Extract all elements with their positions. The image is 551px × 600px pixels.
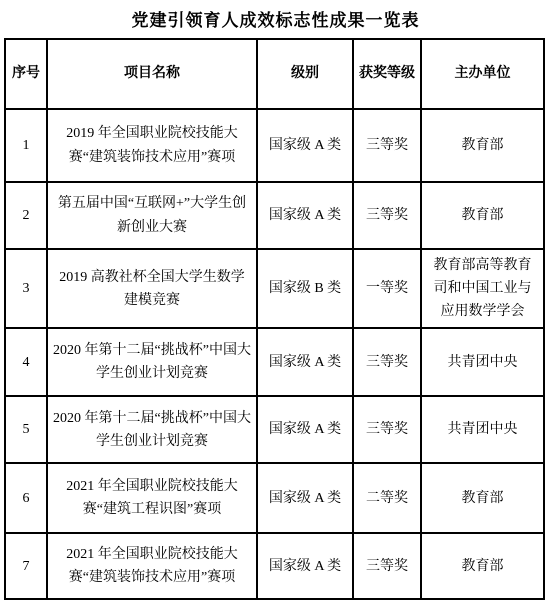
table-row: 4 2020 年第十二届“挑战杯”中国大学生创业计划竞赛 国家级 A 类 三等奖…	[5, 328, 544, 396]
table-row: 6 2021 年全国职业院校技能大赛“建筑工程识图”赛项 国家级 A 类 二等奖…	[5, 463, 544, 533]
cell-level: 国家级 A 类	[257, 328, 353, 396]
cell-serial-number: 3	[5, 249, 47, 328]
cell-project-name: 2020 年第十二届“挑战杯”中国大学生创业计划竞赛	[47, 396, 257, 463]
cell-award-grade: 一等奖	[353, 249, 421, 328]
cell-serial-number: 6	[5, 463, 47, 533]
cell-level: 国家级 A 类	[257, 396, 353, 463]
cell-organizer: 教育部	[421, 533, 544, 599]
cell-organizer: 教育部	[421, 463, 544, 533]
cell-serial-number: 1	[5, 109, 47, 182]
header-serial-number: 序号	[5, 39, 47, 109]
header-organizer: 主办单位	[421, 39, 544, 109]
cell-project-name: 2021 年全国职业院校技能大赛“建筑装饰技术应用”赛项	[47, 533, 257, 599]
cell-organizer: 共青团中央	[421, 396, 544, 463]
cell-organizer: 教育部	[421, 109, 544, 182]
cell-award-grade: 三等奖	[353, 533, 421, 599]
page-title: 党建引领育人成效标志性成果一览表	[0, 6, 551, 31]
cell-serial-number: 2	[5, 182, 47, 249]
cell-level: 国家级 A 类	[257, 182, 353, 249]
cell-project-name: 2019 年全国职业院校技能大赛“建筑装饰技术应用”赛项	[47, 109, 257, 182]
cell-level: 国家级 A 类	[257, 533, 353, 599]
cell-award-grade: 三等奖	[353, 182, 421, 249]
table-row: 3 2019 高教社杯全国大学生数学建模竞赛 国家级 B 类 一等奖 教育部高等…	[5, 249, 544, 328]
cell-project-name: 第五届中国“互联网+”大学生创新创业大赛	[47, 182, 257, 249]
table-row: 7 2021 年全国职业院校技能大赛“建筑装饰技术应用”赛项 国家级 A 类 三…	[5, 533, 544, 599]
cell-award-grade: 三等奖	[353, 328, 421, 396]
cell-organizer: 共青团中央	[421, 328, 544, 396]
cell-award-grade: 三等奖	[353, 109, 421, 182]
cell-organizer: 教育部	[421, 182, 544, 249]
cell-organizer: 教育部高等教育司和中国工业与应用数学学会	[421, 249, 544, 328]
cell-award-grade: 二等奖	[353, 463, 421, 533]
cell-serial-number: 4	[5, 328, 47, 396]
cell-serial-number: 7	[5, 533, 47, 599]
table-row: 2 第五届中国“互联网+”大学生创新创业大赛 国家级 A 类 三等奖 教育部	[5, 182, 544, 249]
table-header-row: 序号 项目名称 级别 获奖等级 主办单位	[5, 39, 544, 109]
table-row: 5 2020 年第十二届“挑战杯”中国大学生创业计划竞赛 国家级 A 类 三等奖…	[5, 396, 544, 463]
cell-level: 国家级 A 类	[257, 109, 353, 182]
header-project-name: 项目名称	[47, 39, 257, 109]
cell-level: 国家级 A 类	[257, 463, 353, 533]
table-row: 1 2019 年全国职业院校技能大赛“建筑装饰技术应用”赛项 国家级 A 类 三…	[5, 109, 544, 182]
results-table: 序号 项目名称 级别 获奖等级 主办单位 1 2019 年全国职业院校技能大赛“…	[4, 38, 545, 600]
cell-project-name: 2021 年全国职业院校技能大赛“建筑工程识图”赛项	[47, 463, 257, 533]
cell-level: 国家级 B 类	[257, 249, 353, 328]
header-level: 级别	[257, 39, 353, 109]
cell-serial-number: 5	[5, 396, 47, 463]
cell-award-grade: 三等奖	[353, 396, 421, 463]
document-page: 党建引领育人成效标志性成果一览表 序号 项目名称 级别 获奖等级 主办单位 1 …	[0, 0, 551, 597]
header-award-grade: 获奖等级	[353, 39, 421, 109]
cell-project-name: 2020 年第十二届“挑战杯”中国大学生创业计划竞赛	[47, 328, 257, 396]
cell-project-name: 2019 高教社杯全国大学生数学建模竞赛	[47, 249, 257, 328]
